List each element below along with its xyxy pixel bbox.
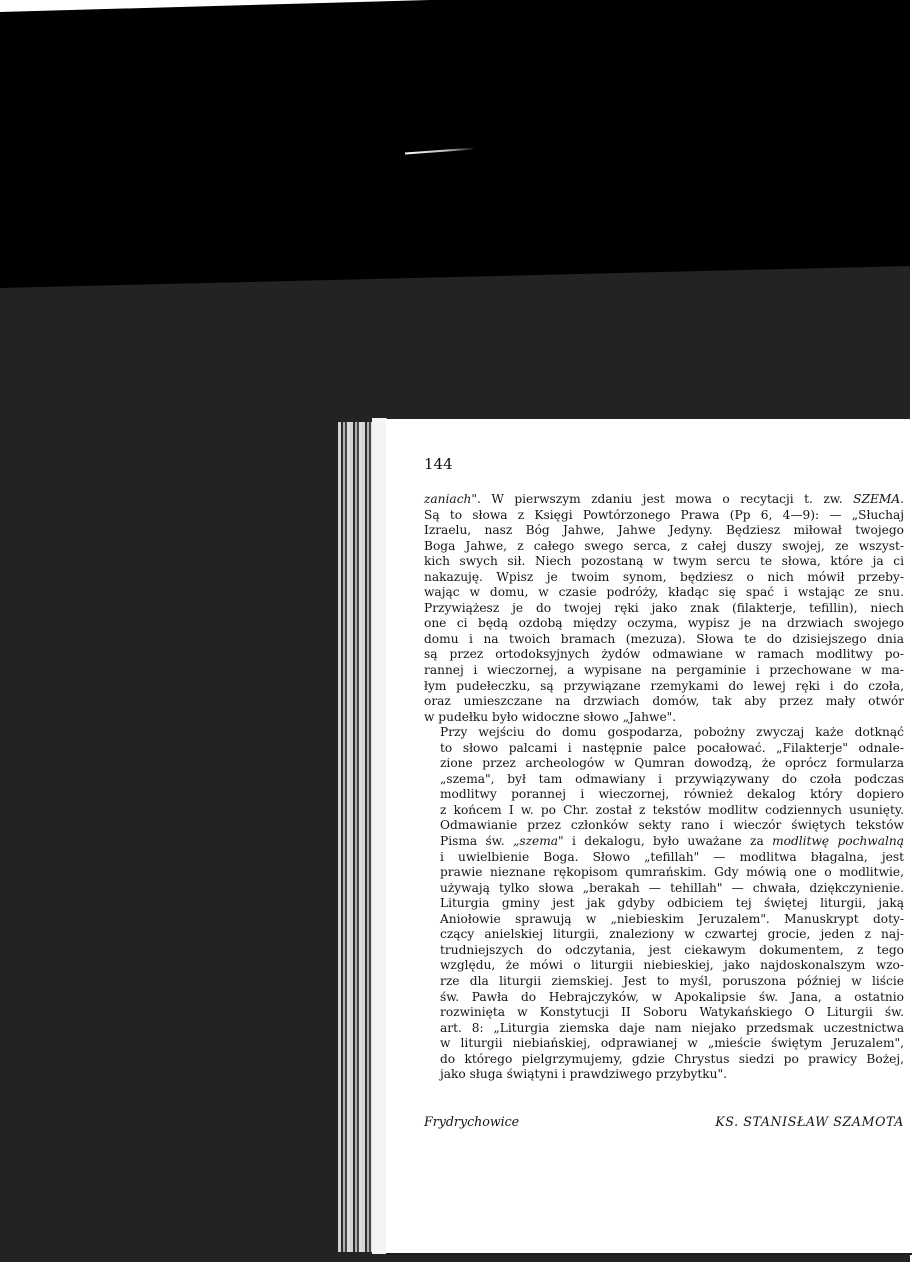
text-line: do którego pielgrzymujemy, gdzie Chrystu… (424, 1052, 904, 1068)
text-line: domu i na twoich bramach (mezuza). Słowa… (424, 632, 904, 648)
text-line: zaniach". W pierwszym zdaniu jest mowa o… (424, 492, 904, 508)
paragraph-2: Przy wejściu do domu gospodarza, pobożny… (424, 725, 904, 1083)
text-line: rozwinięta w Konstytucji II Soboru Watyk… (424, 1005, 904, 1021)
text-line: używają tylko słowa „berakah — tehillah"… (424, 881, 904, 897)
signature-author: KS. STANISŁAW SZAMOTA (715, 1114, 904, 1129)
text-line: rannej i wieczornej, a wypisane na perga… (424, 663, 904, 679)
text-line: art. 8: „Liturgia ziemska daje nam nieja… (424, 1021, 904, 1037)
text-line: Przywiążesz je do twojej ręki jako znak … (424, 601, 904, 617)
text-line: jako sługa świątyni i prawdziwego przyby… (424, 1067, 904, 1083)
text-line: kich swych sił. Niech pozostaną w twym s… (424, 554, 904, 570)
signature-place: Frydrychowice (424, 1114, 519, 1129)
article-body: zaniach". W pierwszym zdaniu jest mowa o… (424, 492, 904, 1083)
text-line: rze dla liturgii ziemskiej. Jest to myśl… (424, 974, 904, 990)
text-line: czący anielskiej liturgii, znaleziony w … (424, 927, 904, 943)
page-number: 144 (424, 455, 453, 473)
text-line: z końcem I w. po Chr. został z tekstów m… (424, 803, 904, 819)
scan-black-background (0, 0, 910, 290)
text-line: oraz umieszczane na drzwiach domów, tak … (424, 694, 904, 710)
text-line: modlitwy porannej i wieczornej, również … (424, 787, 904, 803)
scan-noise (386, 419, 912, 449)
text-line: trudniejszych do odczytania, jest ciekaw… (424, 943, 904, 959)
text-line: względu, że mówi o liturgii niebieskiej,… (424, 958, 904, 974)
text-line: Boga Jahwe, z całego swego serca, z całe… (424, 539, 904, 555)
text-line: prawie nieznane rękopisom qumrańskim. Gd… (424, 865, 904, 881)
text-line: w liturgii niebiańskiej, odprawianej w „… (424, 1036, 904, 1052)
text-line: Są to słowa z Księgi Powtórzonego Prawa … (424, 508, 904, 524)
text-line: Aniołowie sprawują w „niebieskim Jeruzal… (424, 912, 904, 928)
text-line: nakazuję. Wpisz je twoim synom, będziesz… (424, 570, 904, 586)
text-line: są przez ortodoksyjnych żydów odmawiane … (424, 647, 904, 663)
text-line: zione przez archeologów w Qumran dowodzą… (424, 756, 904, 772)
text-line: one ci będą ozdobą między oczyma, wypisz… (424, 616, 904, 632)
text-line: to słowo palcami i następnie palce pocał… (424, 741, 904, 757)
book-gutter (372, 418, 387, 1254)
text-line: Izraelu, nasz Bóg Jahwe, Jahwe Jedyny. B… (424, 523, 904, 539)
text-line: „szema", był tam odmawiany i przywiązywa… (424, 772, 904, 788)
paragraph-1: zaniach". W pierwszym zdaniu jest mowa o… (424, 492, 904, 725)
text-line: Przy wejściu do domu gospodarza, pobożny… (424, 725, 904, 741)
signature-line: Frydrychowice KS. STANISŁAW SZAMOTA (424, 1114, 904, 1129)
text-line: wając w domu, w czasie podróży, kładąc s… (424, 585, 904, 601)
text-line: w pudełku było widoczne słowo „Jahwe". (424, 710, 904, 726)
text-line: łym pudełeczku, są przywiązane rzemykami… (424, 679, 904, 695)
text-line: św. Pawła do Hebrajczyków, w Apokalipsie… (424, 990, 904, 1006)
text-line: Odmawianie przez członków sekty rano i w… (424, 818, 904, 834)
text-line: Liturgia gminy jest jak gdyby odbiciem t… (424, 896, 904, 912)
text-line: i uwielbienie Boga. Słowo „tefillah" — m… (424, 850, 904, 866)
book-page: 144 zaniach". W pierwszym zdaniu jest mo… (386, 419, 912, 1255)
text-line: Pisma św. „szema" i dekalogu, było uważa… (424, 834, 904, 850)
